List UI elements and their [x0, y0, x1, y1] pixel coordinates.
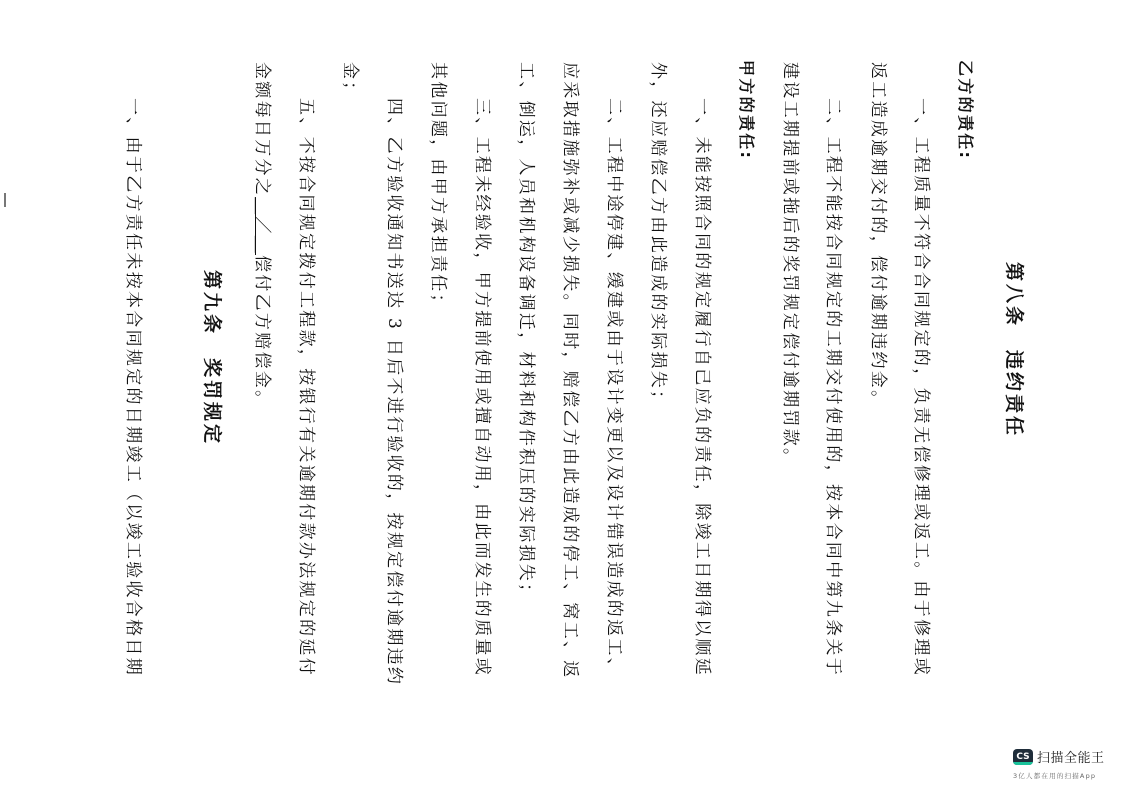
partyA-item5-line2-pre: 金额每日万分之 — [252, 62, 272, 197]
partyA-item2-line3: 工、倒运，人员和机构设备调迁，材料和构件积压的实际损失； — [516, 62, 536, 602]
partyA-item1-line2: 外，还应赔偿乙方由此造成的实际损失； — [648, 62, 668, 409]
camscanner-logo-icon: CS — [1013, 749, 1033, 765]
partyB-item1-line1: 一、工程质量不符合合同规定的，负责无偿修理或返工。由于修理或 — [911, 98, 931, 677]
scan-edge-mark — [4, 193, 6, 207]
article8-title: 第八条 违约责任 — [1004, 262, 1024, 438]
camscanner-watermark: CS 扫描全能王 3亿人都在用的扫描App — [1013, 747, 1118, 789]
partyB-heading: 乙方的责任: — [955, 60, 975, 160]
partyA-item3-line2: 其他问题，由甲方承担责任； — [428, 62, 448, 313]
partyA-item2-line2: 应采取措施弥补或减少损失。同时，赔偿乙方由此造成的停工、窝工、返 — [560, 62, 580, 680]
partyA-item5-line2: 金额每日万分之＿／＿偿付乙方赔偿金。 — [252, 62, 272, 409]
article9-item1-line1: 一、由于乙方责任未按本合同规定的日期竣工（以竣工验收合格日期 — [123, 98, 143, 677]
partyB-item2-line1: 二、工程不能按合同规定的工期交付使用的，按本合同中第九条关于 — [823, 98, 843, 677]
partyA-heading: 甲方的责任: — [736, 60, 756, 160]
partyA-item5-line1: 五、不按合同规定拨付工程款，按银行有关逾期付款办法规定的延付 — [296, 98, 316, 677]
partyB-item2-line2: 建设工期提前或拖后的奖罚规定偿付逾期罚款。 — [780, 62, 800, 467]
partyB-item1-line2: 返工造成逾期交付的，偿付逾期违约金。 — [868, 62, 888, 409]
partyA-item5-line2-post: 偿付乙方赔偿金。 — [252, 255, 272, 409]
partyA-item4-line1: 四、乙方验收通知书送达 3 日后不进行验收的，按规定偿付逾期违约 — [384, 98, 404, 686]
partyA-item3-line1: 三、工程未经验收，甲方提前使用或擅自动用，由此而发生的质量或 — [472, 98, 492, 677]
partyA-item4-line2: 金； — [340, 62, 360, 101]
scanned-contract-page: 第八条 违约责任 乙方的责任: 一、工程质量不符合合同规定的，负责无偿修理或返工… — [0, 0, 1122, 793]
watermark-tagline: 3亿人都在用的扫描App — [1013, 771, 1118, 780]
article9-title: 第九条 奖罚规定 — [202, 270, 222, 446]
rate-blank-field: ＿／＿ — [252, 197, 272, 255]
partyA-item2-line1: 二、工程中途停建、缓建或由于设计变更以及设计错误造成的返工、 — [604, 98, 624, 677]
watermark-app-name: 扫描全能王 — [1037, 747, 1105, 766]
partyA-item1-line1: 一、未能按照合同的规定履行自己应负的责任，除竣工日期得以顺延 — [692, 98, 712, 677]
